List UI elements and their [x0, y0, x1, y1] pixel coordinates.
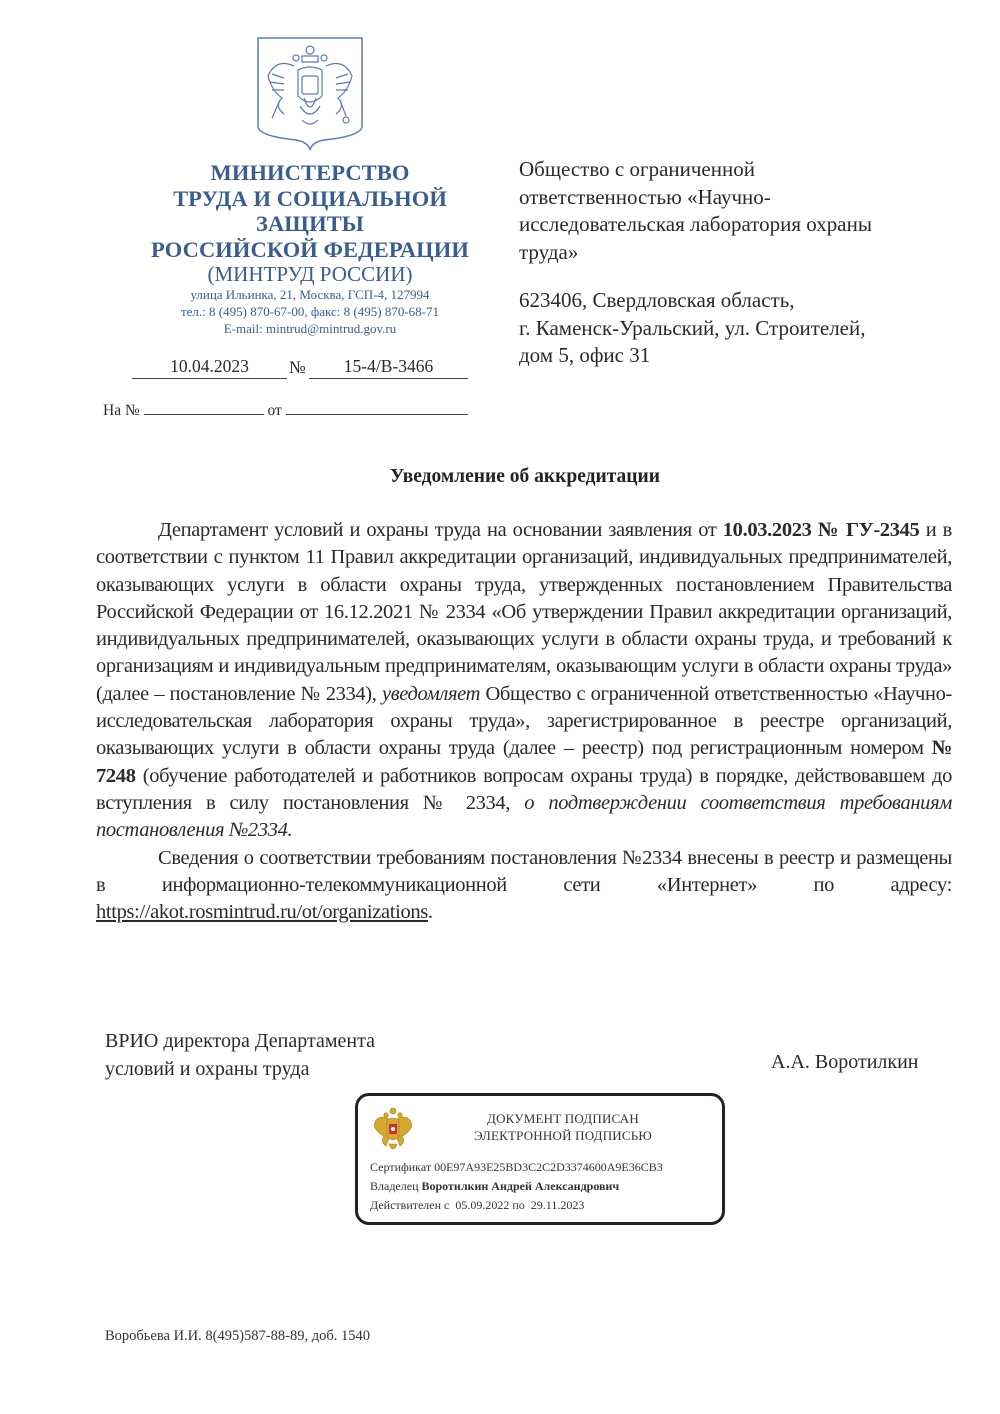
owner-label: Владелец	[370, 1179, 419, 1193]
registration-date: 10.04.2023	[132, 356, 287, 379]
body-text: Сведения о соответствии требованиям пост…	[96, 847, 952, 896]
ministry-email: E-mail: mintrud@mintrud.gov.ru	[120, 320, 500, 337]
reply-date-blank	[286, 402, 468, 415]
valid-from: 05.09.2022	[455, 1198, 509, 1212]
document-body: Департамент условий и охраны труда на ос…	[96, 517, 952, 926]
body-text: Департамент условий и охраны труда на ос…	[158, 519, 723, 541]
body-emphasis: уведомляет	[382, 683, 480, 705]
addressee-org-line: труда»	[519, 239, 939, 267]
reply-prefix: На №	[103, 402, 140, 419]
owner-value: Воротилкин Андрей Александрович	[422, 1179, 620, 1193]
stamp-validity: Действителен с 05.09.2022 по 29.11.2023	[370, 1196, 663, 1215]
coat-of-arms-icon	[254, 36, 366, 152]
addressee-address-line: дом 5, офис 31	[519, 342, 939, 370]
valid-to-label: по	[512, 1198, 524, 1212]
valid-label: Действителен с	[370, 1198, 449, 1212]
electronic-signature-stamp: ДОКУМЕНТ ПОДПИСАН ЭЛЕКТРОННОЙ ПОДПИСЬЮ С…	[355, 1093, 725, 1225]
valid-to: 29.11.2023	[531, 1198, 585, 1212]
application-ref: 10.03.2023 № ГУ-2345	[723, 519, 920, 541]
cert-value: 00E97A93E25BD3C2C2D3374600A9E36CB3	[434, 1160, 663, 1174]
body-paragraph: Сведения о соответствии требованиям пост…	[96, 845, 952, 927]
ministry-short-name: (МИНТРУД РОССИИ)	[120, 262, 500, 286]
stamp-heading-line: ДОКУМЕНТ ПОДПИСАН	[418, 1110, 708, 1127]
cert-label: Сертификат	[370, 1160, 431, 1174]
body-text: и в соответствии с пунктом 11 Правил акк…	[96, 519, 952, 705]
signer-position-line: ВРИО директора Департамента	[105, 1027, 375, 1055]
ministry-name-line: МИНИСТЕРСТВО	[120, 160, 500, 186]
ministry-header: МИНИСТЕРСТВО ТРУДА И СОЦИАЛЬНОЙ ЗАЩИТЫ Р…	[120, 160, 500, 337]
coat-of-arms-gold-icon	[372, 1106, 414, 1154]
executor-contact: Воробьева И.И. 8(495)587-88-89, доб. 154…	[105, 1328, 370, 1345]
addressee-org-line: исследовательская лаборатория охраны	[519, 211, 939, 239]
stamp-details: Сертификат 00E97A93E25BD3C2C2D3374600A9E…	[370, 1158, 663, 1215]
addressee-address-line: 623406, Свердловская область,	[519, 287, 939, 315]
addressee-org-line: ответственностью «Научно-	[519, 184, 939, 212]
ministry-phone-fax: тел.: 8 (495) 870-67-00, факс: 8 (495) 8…	[120, 303, 500, 320]
reply-number-blank	[144, 402, 264, 415]
registry-link[interactable]: https://akot.rosmintrud.ru/ot/organizati…	[96, 901, 428, 923]
document-title: Уведомление об аккредитации	[0, 466, 1000, 488]
ministry-address: улица Ильинка, 21, Москва, ГСП-4, 127994	[120, 286, 500, 303]
reply-to-line: На № от	[103, 402, 468, 420]
signer-name: А.А. Воротилкин	[771, 1051, 919, 1074]
stamp-owner: Владелец Воротилкин Андрей Александрович	[370, 1177, 663, 1196]
addressee-org-line: Общество с ограниченной	[519, 156, 939, 184]
registration-number: 15-4/В-3466	[309, 356, 468, 379]
ministry-name-line: ЗАЩИТЫ	[120, 211, 500, 237]
stamp-heading: ДОКУМЕНТ ПОДПИСАН ЭЛЕКТРОННОЙ ПОДПИСЬЮ	[418, 1110, 708, 1144]
registration-line: 10.04.2023 № 15-4/В-3466	[132, 357, 468, 379]
stamp-heading-line: ЭЛЕКТРОННОЙ ПОДПИСЬЮ	[418, 1127, 708, 1144]
ministry-name-line: РОССИЙСКОЙ ФЕДЕРАЦИИ	[120, 237, 500, 263]
addressee-address-line: г. Каменск-Уральский, ул. Строителей,	[519, 315, 939, 343]
signer-position-line: условий и охраны труда	[105, 1055, 375, 1083]
ministry-name-line: ТРУДА И СОЦИАЛЬНОЙ	[120, 186, 500, 212]
registration-number-sign: №	[289, 357, 306, 378]
body-text: .	[428, 901, 433, 923]
addressee-block: Общество с ограниченной ответственностью…	[519, 156, 939, 370]
stamp-certificate: Сертификат 00E97A93E25BD3C2C2D3374600A9E…	[370, 1158, 663, 1177]
reply-from-label: от	[268, 402, 282, 419]
signer-position: ВРИО директора Департамента условий и ох…	[105, 1027, 375, 1083]
body-paragraph: Департамент условий и охраны труда на ос…	[96, 517, 952, 845]
